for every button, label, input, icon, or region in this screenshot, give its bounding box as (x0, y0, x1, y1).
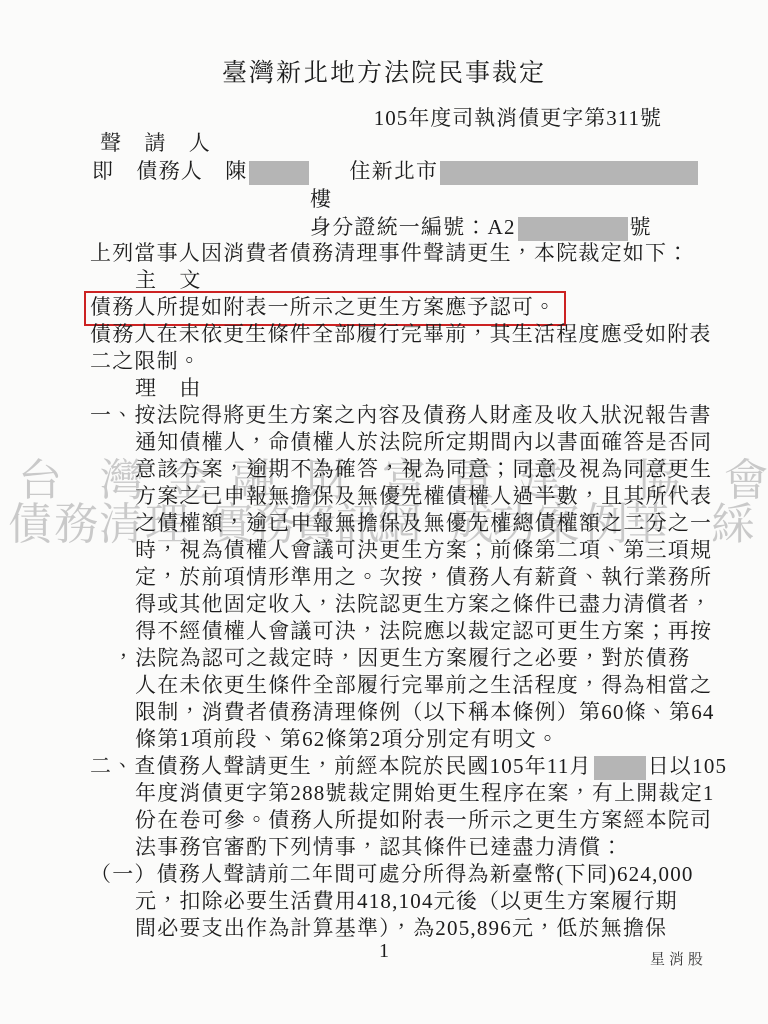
body-line-with-redaction: 二、查債務人聲請更生，前經本院於民國105年11月日以105 (90, 753, 702, 780)
redaction-box (249, 161, 309, 185)
body-line: 之債權額，逾已申報無擔保及無優先權總債權額之二分之一 (135, 510, 702, 537)
redaction-box (518, 217, 628, 241)
court-ruling-page: 台灣金融財富重建協會債務清理實務資訊網成功案例華綵 臺灣新北地方法院民事裁定 1… (0, 0, 768, 1024)
body-line: 份在卷可參。債務人所提如附表一所示之更生方案經本院司 (135, 807, 702, 834)
debtor-label: 即 債務人 陳 (92, 159, 247, 183)
body-line: 間必要支出作為計算基準），為205,896元，低於無擔保 (135, 915, 702, 942)
ruling-body: 上列當事人因消費者債務清理事件聲請更生，本院裁定如下： 主 文 債務人所提如附表… (90, 240, 702, 942)
body-line: 時，視為債權人會議可決更生方案；前條第二項、第三項規 (135, 537, 702, 564)
party-block: 聲 請 人 即 債務人 陳住新北市 樓 身分證統一編號：A2號 (90, 129, 710, 241)
body-line: 人在未依更生條件全部履行完畢前之生活程度，得為相當之 (135, 672, 702, 699)
applicant-label: 聲 請 人 (100, 129, 710, 157)
body-line: 方案之已申報無擔保及無優先權債權人過半數，且其所代表 (135, 483, 702, 510)
court-title: 臺灣新北地方法院民事裁定 (0, 53, 768, 89)
body-line: 條第1項前段、第62條第2項分別定有明文。 (135, 726, 702, 753)
body-line: 債務人在未依更生條件全部履行完畢前，其生活程度應受如附表 (90, 321, 702, 348)
body-line: （一）債務人聲請前二年間可處分所得為新臺幣(下同)624,000 (90, 861, 702, 888)
body-line: 定，於前項情形準用之。次按，債務人有薪資、執行業務所 (135, 564, 702, 591)
debtor-line: 即 債務人 陳住新北市 (92, 157, 710, 185)
body-line: 得不經債權人會議可決，法院應以裁定認可更生方案；再按 (135, 618, 702, 645)
boxed-ruling-line: 債務人所提如附表一所示之更生方案應予認可。 (90, 294, 702, 321)
body-line: 得或其他固定收入，法院認更生方案之條件已盡力清償者， (135, 591, 702, 618)
redaction-box (440, 161, 698, 185)
body-line: 法事務官審酌下列情事，認其條件已達盡力清償： (135, 834, 702, 861)
clerk-stamp: 星消股 (650, 948, 707, 969)
document-content: 臺灣新北地方法院民事裁定 105年度司執消債更字第311號 聲 請 人 即 債務… (0, 0, 768, 1024)
body-line: ，法院為認可之裁定時，因更生方案履行之必要，對於債務 (113, 645, 702, 672)
floor-line: 樓 (310, 185, 710, 213)
id-label: 身分證統一編號：A2 (310, 215, 516, 239)
body-line: 二之限制。 (90, 348, 702, 375)
redaction-box (594, 756, 646, 780)
intro-line: 上列當事人因消費者債務清理事件聲請更生，本院裁定如下： (90, 240, 702, 267)
date-suffix: 日以105 (648, 754, 728, 778)
address-label: 住新北市 (349, 159, 438, 183)
id-suffix: 號 (630, 215, 652, 239)
id-line: 身分證統一編號：A2號 (310, 213, 710, 241)
body-line: 元，扣除必要生活費用418,104元後（以更生方案履行期 (135, 888, 702, 915)
reason-heading: 理 由 (135, 375, 702, 402)
case-number: 105年度司執消債更字第311號 (374, 102, 662, 132)
body-line: 年度消債更字第288號裁定開始更生程序在案，有上開裁定1 (135, 780, 702, 807)
body-line: 意該方案，逾期不為確答，視為同意；同意及視為同意更生 (135, 456, 702, 483)
body-line: 一、按法院得將更生方案之內容及債務人財產及收入狀況報告書 (90, 402, 702, 429)
body-line: 通知債權人，命債權人於法院所定期間內以書面確答是否同 (135, 429, 702, 456)
body-line: 限制，消費者債務清理條例（以下稱本條例）第60條、第64 (135, 699, 702, 726)
main-text-heading: 主 文 (135, 267, 702, 294)
date-prefix: 二、查債務人聲請更生，前經本院於民國105年11月 (90, 754, 592, 778)
